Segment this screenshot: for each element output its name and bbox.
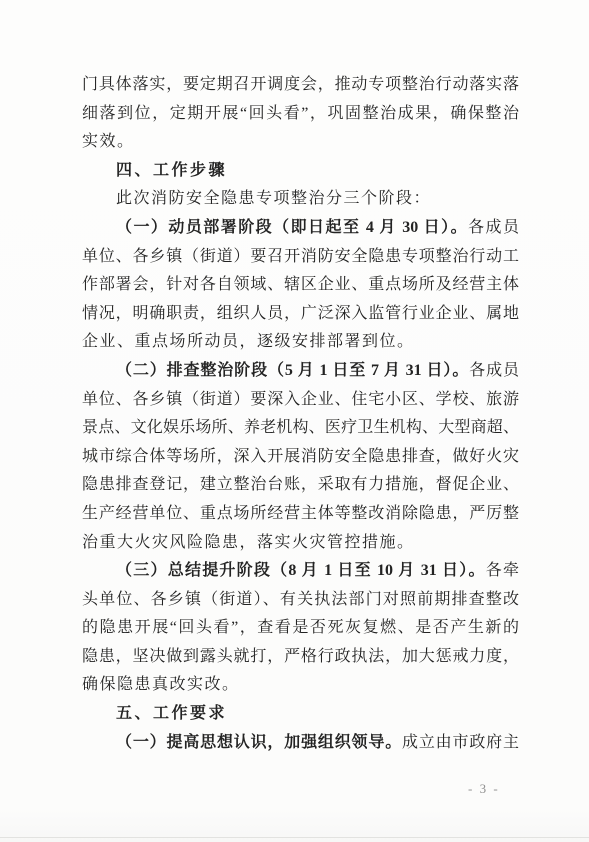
text-line: 企业、重点场所动员，逐级安排部署到位。 [82, 328, 519, 357]
document-page: 门具体落实，要定期召开调度会，推动专项整治行动落实落细落到位，定期开展“回头看”… [0, 0, 589, 842]
text-line: 单位、各乡镇（街道）要深入企业、住宅小区、学校、旅游 [82, 386, 519, 415]
text-segment: 单位、各乡镇（街道）要深入企业、住宅小区、学校、旅游 [82, 391, 519, 408]
text-segment: 的隐患开展“回头看”，查看是否死灰复燃、是否产生新的 [82, 619, 519, 636]
text-segment: 城市综合体等场所，深入开展消防安全隐患排查，做好火灾 [82, 448, 519, 465]
text-segment: 作部署会，针对各自领域、辖区企业、重点场所及经营主体 [82, 276, 519, 293]
text-line: （二）排查整治阶段（5 月 1 日至 7 月 31 日）。各成员 [82, 357, 519, 386]
text-segment: 隐患排查登记，建立整治台账，采取有力措施，督促企业、 [82, 476, 519, 493]
text-segment: 治重大火灾风险隐患，落实火灾管控措施。 [82, 534, 415, 551]
text-segment: 门具体落实，要定期召开调度会，推动专项整治行动落实落 [82, 76, 519, 93]
text-segment: 细落到位，定期开展“回头看”，巩固整治成果，确保整治 [82, 105, 519, 122]
text-segment: 各成员 [469, 362, 519, 379]
text-segment: 实效。 [82, 133, 135, 150]
text-line: 生产经营单位、重点场所经营主体等整改消除隐患，严厉整 [82, 500, 519, 529]
bold-text-segment: （二）排查整治阶段（5 月 1 日至 7 月 31 日）。 [116, 362, 469, 379]
text-line: 隐患排查登记，建立整治台账，采取有力措施，督促企业、 [82, 471, 519, 500]
text-segment: 此次消防安全隐患专项整治分三个阶段： [116, 190, 431, 207]
text-line: （一）动员部署阶段（即日起至 4 月 30 日）。各成员 [82, 214, 519, 243]
bold-text-segment: （一）动员部署阶段（即日起至 4 月 30 日）。 [116, 219, 468, 236]
text-line: 景点、文化娱乐场所、养老机构、医疗卫生机构、大型商超、 [82, 414, 519, 443]
text-segment: 企业、重点场所动员，逐级安排部署到位。 [82, 333, 415, 350]
text-line: （三）总结提升阶段（8 月 1 日至 10 月 31 日）。各牵 [82, 557, 519, 586]
text-line: 确保隐患真改实改。 [82, 671, 519, 700]
text-segment: 各成员 [468, 219, 519, 236]
bold-text-segment: 四、工作步骤 [116, 162, 227, 179]
text-line: 门具体落实，要定期召开调度会，推动专项整治行动落实落 [82, 71, 519, 100]
text-segment: 隐患，坚决做到露头就打，严格行政执法，加大惩戒力度， [82, 648, 519, 665]
bold-text-segment: 五、工作要求 [116, 705, 227, 722]
heading-line: 四、工作步骤 [82, 157, 519, 186]
text-segment: 成立由市政府主 [402, 734, 519, 751]
text-line: 细落到位，定期开展“回头看”，巩固整治成果，确保整治 [82, 100, 519, 129]
text-segment: 景点、文化娱乐场所、养老机构、医疗卫生机构、大型商超、 [82, 419, 519, 436]
text-segment: 确保隐患真改实改。 [82, 676, 240, 693]
text-line: 头单位、各乡镇（街道）、有关执法部门对照前期排查整改 [82, 586, 519, 615]
text-segment: 头单位、各乡镇（街道）、有关执法部门对照前期排查整改 [82, 591, 519, 608]
text-line: 实效。 [82, 128, 519, 157]
text-line: 此次消防安全隐患专项整治分三个阶段： [82, 185, 519, 214]
text-line: 的隐患开展“回头看”，查看是否死灰复燃、是否产生新的 [82, 614, 519, 643]
text-line: 单位、各乡镇（街道）要召开消防安全隐患专项整治行动工 [82, 243, 519, 272]
heading-line: 五、工作要求 [82, 700, 519, 729]
text-segment: 生产经营单位、重点场所经营主体等整改消除隐患，严厉整 [82, 505, 519, 522]
page-number: - 3 - [468, 781, 500, 797]
bold-text-segment: （三）总结提升阶段（8 月 1 日至 10 月 31 日）。 [116, 562, 486, 579]
text-line: 情况，明确职责，组织人员，广泛深入监管行业企业、属地 [82, 300, 519, 329]
text-line: 隐患，坚决做到露头就打，严格行政执法，加大惩戒力度， [82, 643, 519, 672]
text-line: 治重大火灾风险隐患，落实火灾管控措施。 [82, 529, 519, 558]
text-line: 作部署会，针对各自领域、辖区企业、重点场所及经营主体 [82, 271, 519, 300]
text-segment: 情况，明确职责，组织人员，广泛深入监管行业企业、属地 [82, 305, 519, 322]
text-segment: 单位、各乡镇（街道）要召开消防安全隐患专项整治行动工 [82, 248, 519, 265]
bold-text-segment: （一）提高思想认识，加强组织领导。 [116, 734, 402, 751]
document-body: 门具体落实，要定期召开调度会，推动专项整治行动落实落细落到位，定期开展“回头看”… [82, 71, 519, 757]
text-line: （一）提高思想认识，加强组织领导。成立由市政府主 [82, 729, 519, 758]
page-bottom-edge [0, 837, 589, 838]
text-line: 城市综合体等场所，深入开展消防安全隐患排查，做好火灾 [82, 443, 519, 472]
text-segment: 各牵 [486, 562, 519, 579]
